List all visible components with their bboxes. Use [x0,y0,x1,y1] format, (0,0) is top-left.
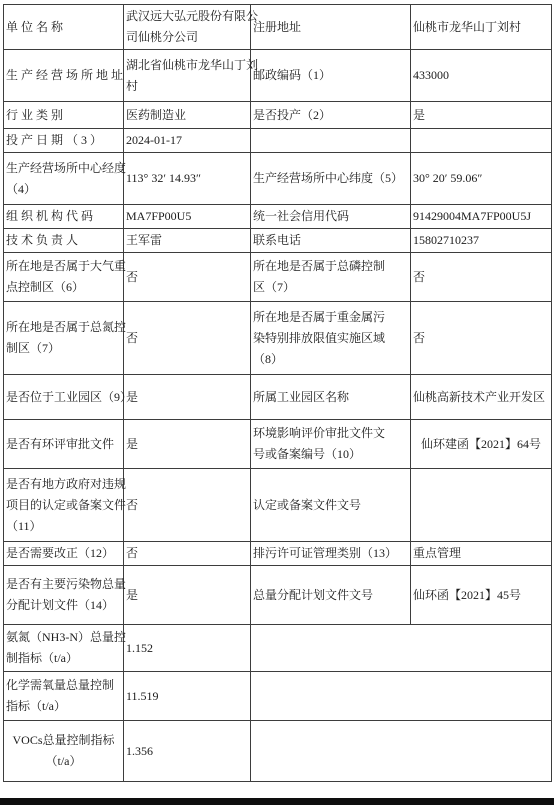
table-row: 所在地是否属于大气重 点控制区（6）否所在地是否属于总磷控制 区（7）否 [4,253,552,302]
field-value: 否 [124,542,251,566]
field-label: 单位名称 [4,5,124,50]
table-row: 投产日期（3）2024-01-17 [4,129,552,153]
field-value: 王军雷 [124,229,251,253]
field-label: 总量分配计划文件文号 [251,566,411,625]
table-row: 是否有地方政府对违规 项目的认定或备案文件 （11）否认定或备案文件文号 [4,469,552,542]
field-value: 仙环建函【2021】64号 [411,420,552,469]
table-row: 生产经营场所地址湖北省仙桃市龙华山丁刘 村邮政编码（1）433000 [4,50,552,102]
field-value: 1.356 [124,721,251,782]
field-label: 所在地是否属于重金属污 染特别排放限值实施区域 （8） [251,302,411,375]
field-value: 2024-01-17 [124,129,251,153]
field-label: 生产经营场所中心纬度（5） [251,153,411,205]
empty-cell [251,672,552,721]
field-value: 11.519 [124,672,251,721]
field-label: 所属工业园区名称 [251,375,411,420]
field-label: 统一社会信用代码 [251,205,411,229]
table-row: 是否有主要污染物总量 分配计划文件（14）是总量分配计划文件文号仙环函【2021… [4,566,552,625]
field-label: 生产经营场所地址 [4,50,124,102]
field-value: 否 [411,253,552,302]
field-label: 所在地是否属于大气重 点控制区（6） [4,253,124,302]
field-value: 医药制造业 [124,102,251,129]
table-row: 是否需要改正（12）否排污许可证管理类别（13）重点管理 [4,542,552,566]
field-label: 化学需氧量总量控制 指标（t/a） [4,672,124,721]
field-value: 是 [124,566,251,625]
table-body: 单位名称武汉远大弘元股份有限公 司仙桃分公司注册地址仙桃市龙华山丁刘村生产经营场… [4,5,552,782]
field-label: 所在地是否属于总磷控制 区（7） [251,253,411,302]
document-page: 单位名称武汉远大弘元股份有限公 司仙桃分公司注册地址仙桃市龙华山丁刘村生产经营场… [3,4,552,782]
field-value: 湖北省仙桃市龙华山丁刘 村 [124,50,251,102]
field-label: 技术负责人 [4,229,124,253]
field-label: 是否投产（2） [251,102,411,129]
table-row: 是否位于工业园区（9）是所属工业园区名称仙桃高新技术产业开发区 [4,375,552,420]
field-label: 邮政编码（1） [251,50,411,102]
table-row: 化学需氧量总量控制 指标（t/a）11.519 [4,672,552,721]
field-value: 1.152 [124,625,251,672]
table-row: 氨氮（NH3-N）总量控 制指标（t/a）1.152 [4,625,552,672]
field-label: 排污许可证管理类别（13） [251,542,411,566]
field-value: 否 [124,469,251,542]
field-value: 15802710237 [411,229,552,253]
table-row: 生产经营场所中心经度 （4）113° 32′ 14.93″生产经营场所中心纬度（… [4,153,552,205]
table-row: 所在地是否属于总氮控 制区（7）否所在地是否属于重金属污 染特别排放限值实施区域… [4,302,552,375]
table-row: 是否有环评审批文件是环境影响评价审批文件文 号或备案编号（10）仙环建函【202… [4,420,552,469]
field-value: 是 [124,420,251,469]
field-label: 注册地址 [251,5,411,50]
table-row: 组织机构代码MA7FP00U5统一社会信用代码91429004MA7FP00U5… [4,205,552,229]
field-label: 联系电话 [251,229,411,253]
field-label: 组织机构代码 [4,205,124,229]
field-label [251,129,411,153]
field-value [411,129,552,153]
field-value: 重点管理 [411,542,552,566]
field-label: 氨氮（NH3-N）总量控 制指标（t/a） [4,625,124,672]
field-label: VOCs总量控制指标 （t/a） [4,721,124,782]
field-value: 是 [411,102,552,129]
field-label: 是否位于工业园区（9） [4,375,124,420]
field-label: 所在地是否属于总氮控 制区（7） [4,302,124,375]
field-value: 仙环函【2021】45号 [411,566,552,625]
table-row: VOCs总量控制指标 （t/a）1.356 [4,721,552,782]
table-row: 技术负责人王军雷联系电话15802710237 [4,229,552,253]
empty-cell [251,721,552,782]
field-value: 否 [411,302,552,375]
field-label: 行业类别 [4,102,124,129]
field-value [411,469,552,542]
field-value: 仙桃市龙华山丁刘村 [411,5,552,50]
field-label: 生产经营场所中心经度 （4） [4,153,124,205]
field-label: 是否有环评审批文件 [4,420,124,469]
field-value: 是 [124,375,251,420]
field-value: 武汉远大弘元股份有限公 司仙桃分公司 [124,5,251,50]
field-label: 是否有主要污染物总量 分配计划文件（14） [4,566,124,625]
field-value: 91429004MA7FP00U5J [411,205,552,229]
table-row: 单位名称武汉远大弘元股份有限公 司仙桃分公司注册地址仙桃市龙华山丁刘村 [4,5,552,50]
empty-cell [251,625,552,672]
field-label: 认定或备案文件文号 [251,469,411,542]
field-value: 否 [124,253,251,302]
field-value: 仙桃高新技术产业开发区 [411,375,552,420]
company-info-table: 单位名称武汉远大弘元股份有限公 司仙桃分公司注册地址仙桃市龙华山丁刘村生产经营场… [3,4,552,782]
field-label: 环境影响评价审批文件文 号或备案编号（10） [251,420,411,469]
field-label: 投产日期（3） [4,129,124,153]
field-value: 30° 20′ 59.06″ [411,153,552,205]
bottom-edge-bar [0,798,554,805]
field-value: 否 [124,302,251,375]
field-label: 是否需要改正（12） [4,542,124,566]
field-value: 433000 [411,50,552,102]
field-label: 是否有地方政府对违规 项目的认定或备案文件 （11） [4,469,124,542]
table-row: 行业类别医药制造业是否投产（2）是 [4,102,552,129]
field-value: 113° 32′ 14.93″ [124,153,251,205]
field-value: MA7FP00U5 [124,205,251,229]
